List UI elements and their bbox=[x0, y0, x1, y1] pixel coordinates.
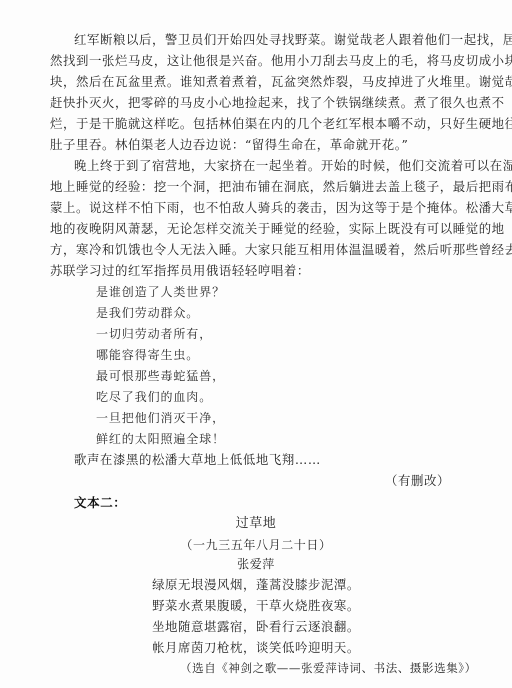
song-line: 最可恨那些毒蛇猛兽， bbox=[96, 369, 225, 383]
poem-line: 绿原无垠漫风烟，蓬蒿没膝步泥潭。 bbox=[0, 578, 512, 592]
section-label: 文本二： bbox=[74, 496, 126, 510]
paragraph-line: 蒙上。说这样不怕下雨，也不怕敌人骑兵的袭击，因为这等于是个掩体。松潘大草 bbox=[50, 201, 463, 215]
song-line: 是我们劳动群众。 bbox=[96, 306, 199, 320]
paragraph-line: 苏联学习过的红军指挥员用俄语轻轻哼唱着： bbox=[50, 264, 463, 278]
paragraph-line: 块，然后在瓦盆里煮。谁知煮着煮着，瓦盆突然炸裂，马皮掉进了火堆里。谢觉哉 bbox=[50, 75, 463, 89]
paragraph-line: 然找到一张烂马皮，这让他很是兴奋。他用小刀刮去马皮上的毛，将马皮切成小块 bbox=[50, 54, 463, 68]
paragraph-line: 赶快扑灭火，把零碎的马皮小心地捡起来，找了个铁锅继续煮。煮了很久也煮不 bbox=[50, 96, 463, 110]
poem-source: （选自《神剑之歌——张爱萍诗词、书法、摄影选集》） bbox=[180, 661, 477, 675]
poem-line: 坐地随意堪露宿，卧看行云逐浪翻。 bbox=[0, 620, 512, 634]
paragraph-line: 地的夜晚阴风萧瑟，无论怎样交流关于睡觉的经验，实际上既没有可以睡觉的地 bbox=[50, 222, 463, 236]
poem-date: （一九三五年八月二十日） bbox=[0, 538, 512, 552]
paragraph-line: 地上睡觉的经验：挖一个洞，把油布铺在洞底，然后躺进去盖上毯子，最后把雨布 bbox=[50, 180, 463, 194]
paragraph-line: 方，寒冷和饥饿也令人无法入睡。大家只能互相用体温温暖着，然后听那些曾经去 bbox=[50, 243, 463, 257]
paragraph-line: 烂，于是干脆就这样吃。包括林伯渠在内的几个老红军根本嚼不动，只好生硬地往 bbox=[50, 117, 463, 131]
poem-line: 野菜水煮果腹暖，干草火烧胜夜寒。 bbox=[0, 599, 512, 613]
song-line: 是谁创造了人类世界？ bbox=[96, 285, 225, 299]
song-line: 一切归劳动者所有， bbox=[96, 327, 212, 341]
paragraph-line: 红军断粮以后，警卫员们开始四处寻找野菜。谢觉哉老人跟着他们一起找，居 bbox=[74, 33, 463, 47]
song-line: 一旦把他们消灭干净， bbox=[96, 411, 225, 425]
revision-note: （有删改） bbox=[385, 474, 450, 488]
song-line: 哪能容得寄生虫。 bbox=[96, 348, 199, 362]
paragraph-line: 肚子里吞。林伯渠老人边吞边说：“留得生命在，革命就开花。” bbox=[50, 138, 463, 152]
song-line: 鲜红的太阳照遍全球！ bbox=[96, 432, 225, 446]
poem-line: 帐月席茵刀枪枕，谈笑低吟迎明天。 bbox=[0, 641, 512, 655]
exam-page: 红军断粮以后，警卫员们开始四处寻找野菜。谢觉哉老人跟着他们一起找，居 然找到一张… bbox=[0, 0, 512, 688]
poem-author: 张爱萍 bbox=[0, 557, 512, 571]
closing-line: 歌声在漆黑的松潘大草地上低低地飞翔…… bbox=[74, 453, 321, 467]
paragraph-line: 晚上终于到了宿营地，大家挤在一起坐着。开始的时候，他们交流着可以在湿 bbox=[74, 159, 463, 173]
poem-title: 过草地 bbox=[0, 517, 512, 531]
song-line: 吃尽了我们的血肉。 bbox=[96, 390, 212, 404]
